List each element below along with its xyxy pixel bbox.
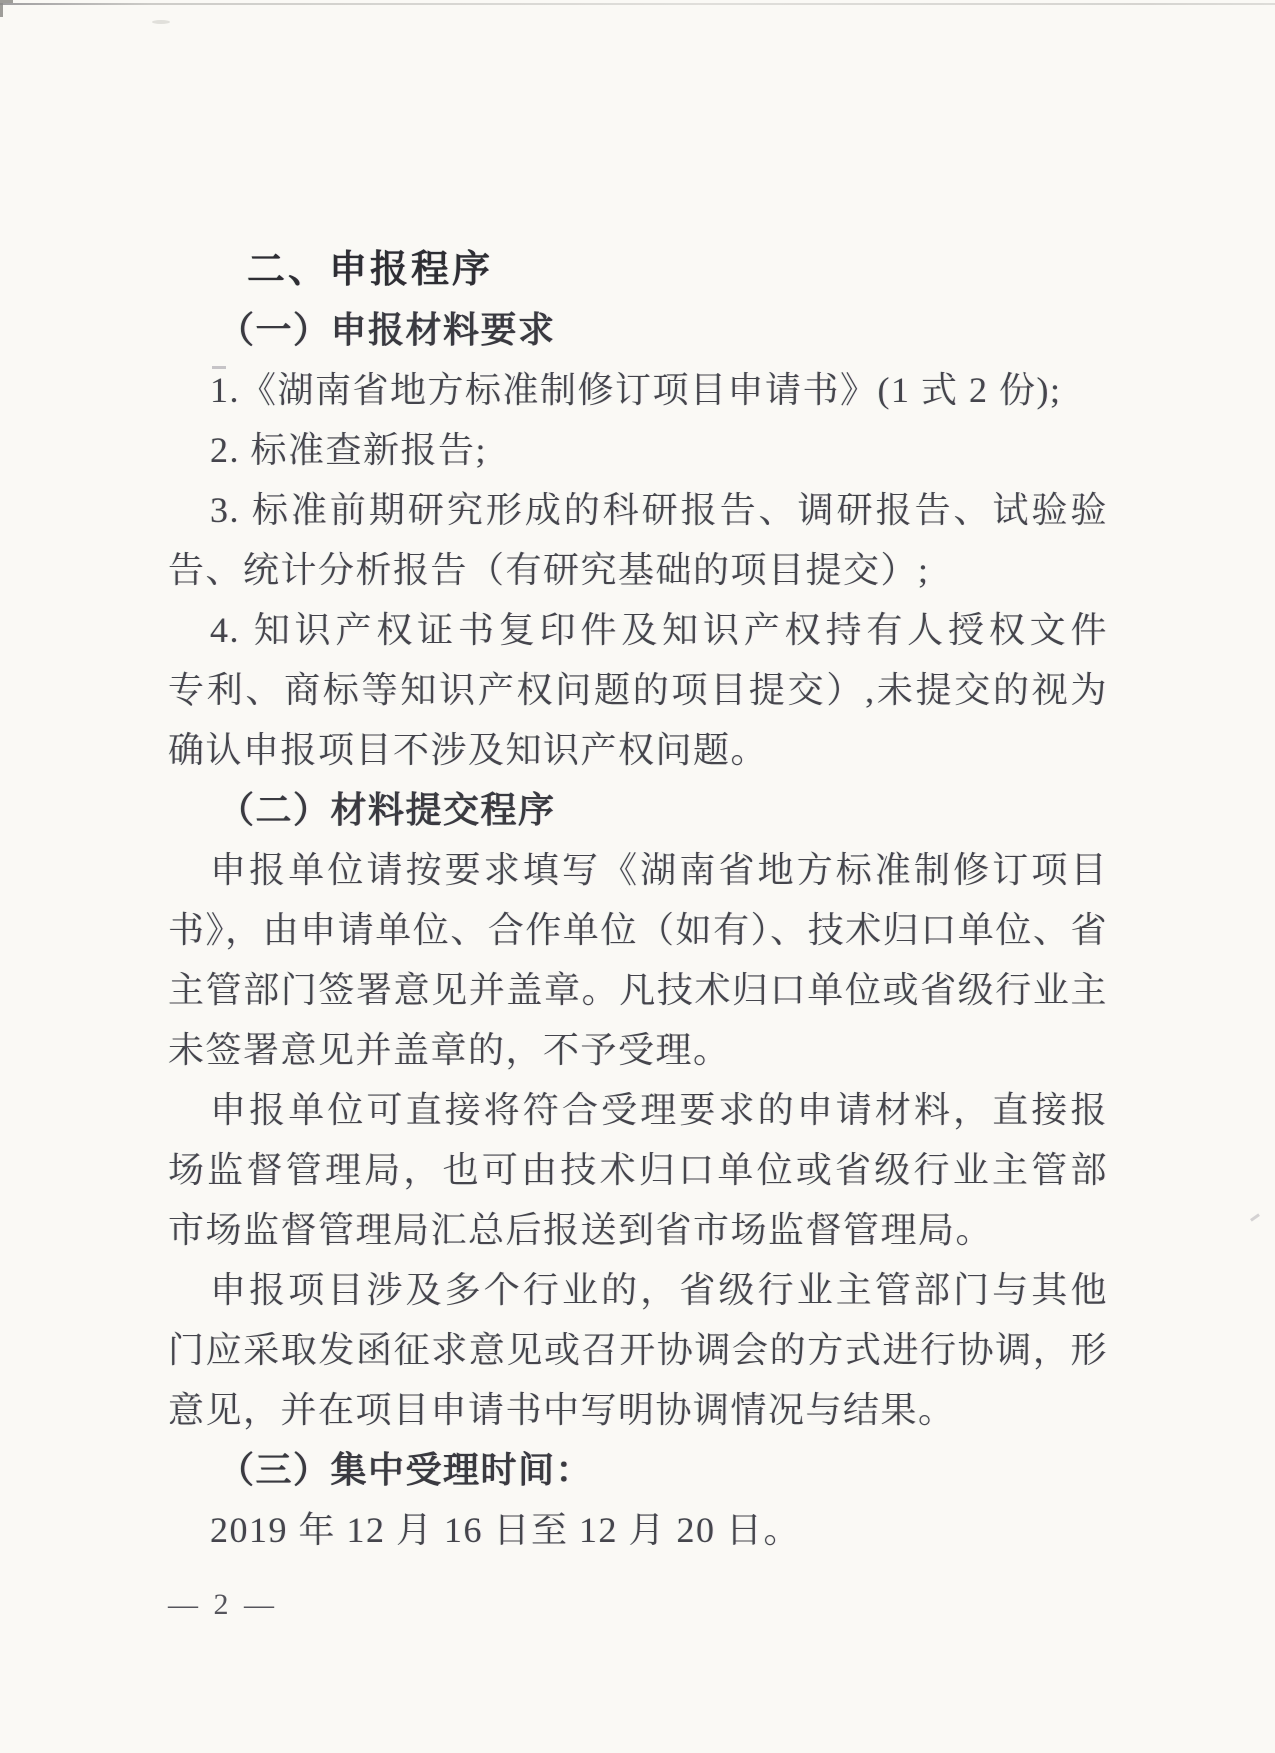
list-item-1: 1.《湖南省地方标准制修订项目申请书》(1 式 2 份); [210,360,1061,420]
list-item-3-line-1: 3. 标准前期研究形成的科研报告、调研报告、试验验证报 [210,480,1108,540]
list-item-4-line-3: 确认申报项目不涉及知识产权问题。 [168,720,768,780]
list-item-4-line-2: 专利、商标等知识产权问题的项目提交）,未提交的视为申报单位 [168,660,1108,720]
page-number: — 2 — [168,1577,278,1633]
scan-speck-artifact [152,20,170,24]
subsection-heading: （二）材料提交程序 [218,780,556,840]
paragraph-line: 意见，并在项目申请书中写明协调情况与结果。 [168,1380,956,1440]
section-heading: 二、申报程序 [247,240,493,300]
list-item-2: 2. 标准查新报告; [210,420,487,480]
document-page: 二、申报程序 （一）申报材料要求 1.《湖南省地方标准制修订项目申请书》(1 式… [0,0,1275,1753]
list-item-3-line-2: 告、统计分析报告（有研究基础的项目提交）; [168,540,930,600]
paragraph-line: 申报项目涉及多个行业的，省级行业主管部门与其他行业部 [210,1260,1108,1320]
paragraph-line: 申报单位请按要求填写《湖南省地方标准制修订项目申请 [210,840,1108,900]
paragraph-line: 书》，由申请单位、合作单位（如有）、技术归口单位、省级行业 [168,900,1108,960]
date-line: 2019 年 12 月 16 日至 12 月 20 日。 [210,1500,801,1560]
paragraph-line: 市场监督管理局汇总后报送到省市场监督管理局。 [168,1200,993,1260]
scan-speck-artifact [1250,1213,1260,1221]
paragraph-line: 申报单位可直接将符合受理要求的申请材料，直接报送省市 [210,1080,1108,1140]
scan-top-edge-artifact [0,3,1275,5]
subsection-heading: （一）申报材料要求 [218,300,556,360]
paragraph-line: 场监督管理局，也可由技术归口单位或省级行业主管部门、市州 [168,1140,1108,1200]
paragraph-line: 未签署意见并盖章的，不予受理。 [168,1020,731,1080]
list-item-4-line-1: 4. 知识产权证书复印件及知识产权持有人授权文件（涉及 [210,600,1108,660]
paragraph-line: 主管部门签署意见并盖章。凡技术归口单位或省级行业主管部门 [168,960,1108,1020]
paragraph-line: 门应采取发函征求意见或召开协调会的方式进行协调，形成一致 [168,1320,1108,1380]
subsection-heading: （三）集中受理时间： [218,1440,593,1500]
scan-corner-artifact [0,0,13,17]
